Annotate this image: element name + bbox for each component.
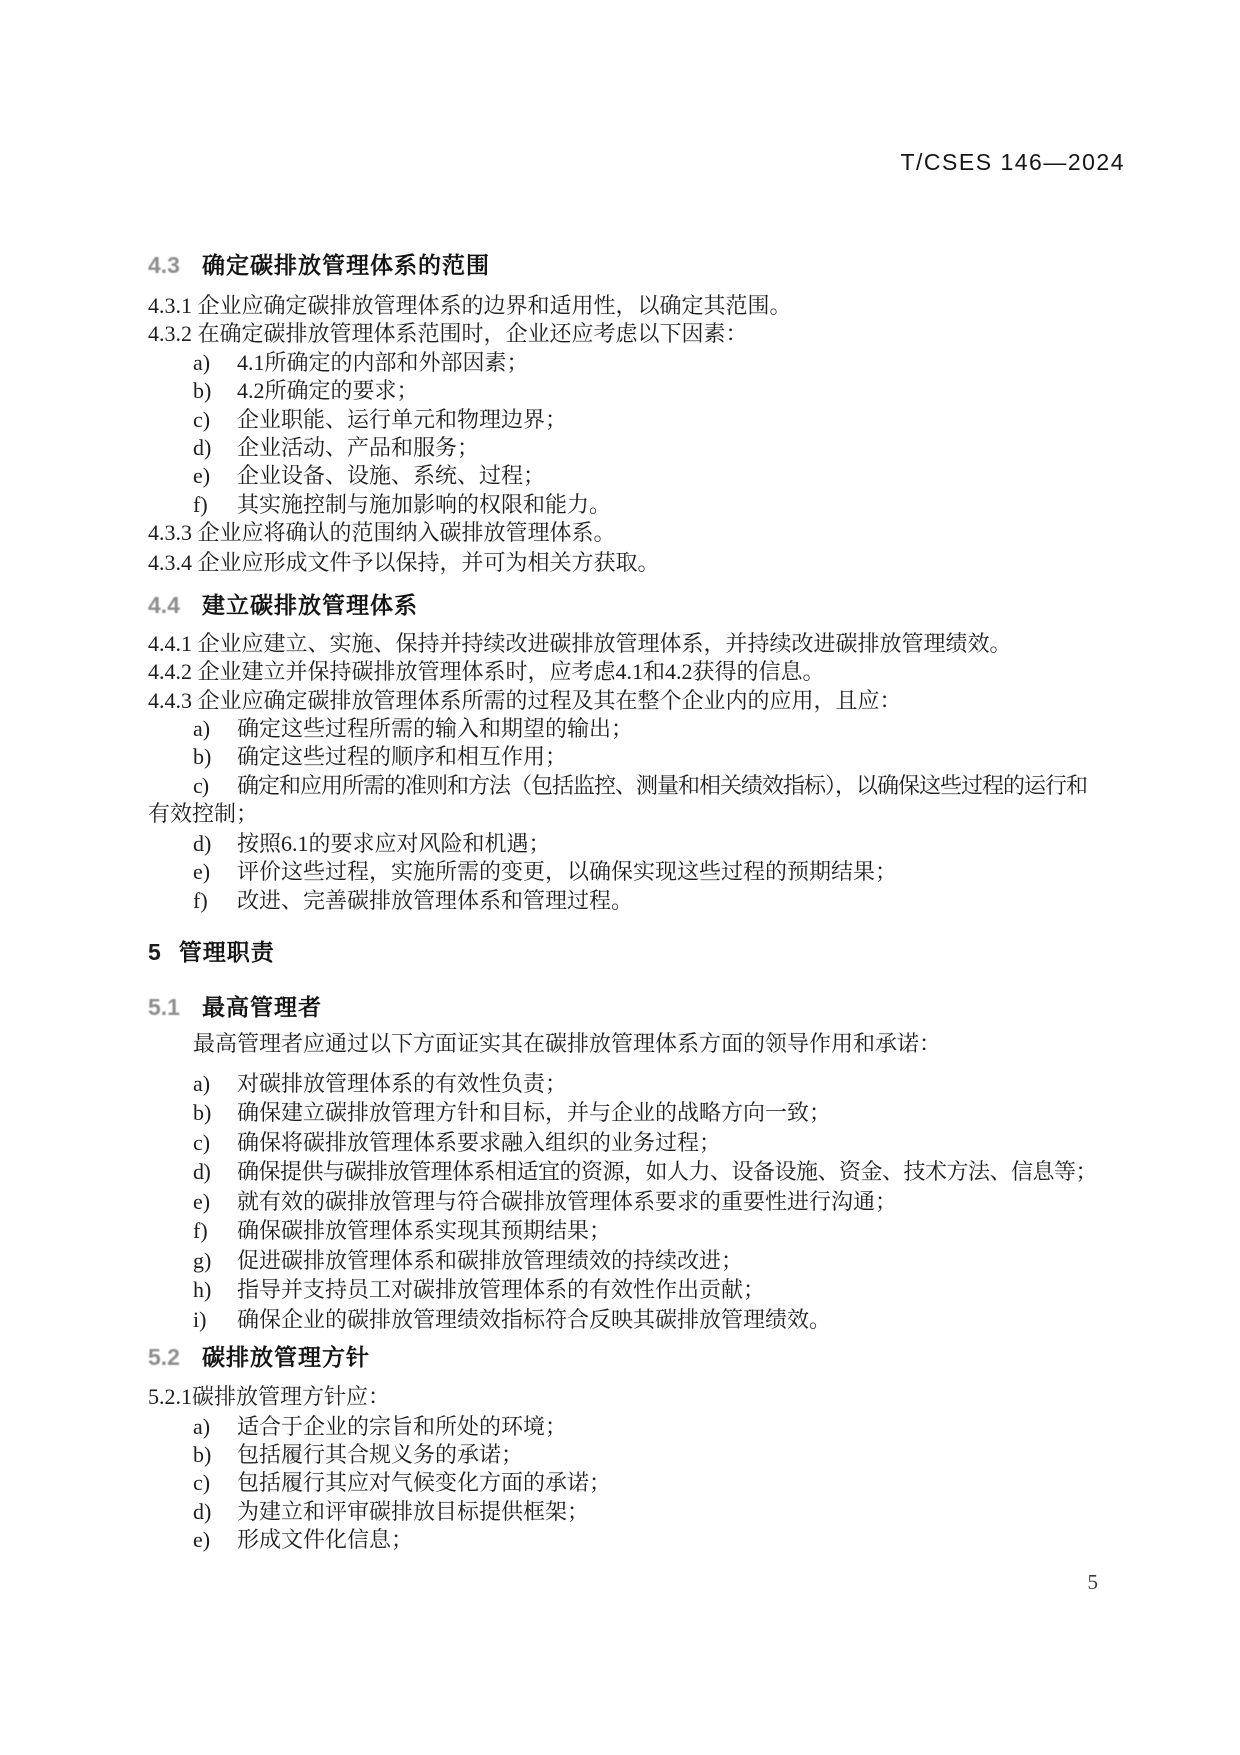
list-item: f)确保碳排放管理体系实现其预期结果； xyxy=(193,1217,611,1245)
list-item-text: 按照6.1的要求应对风险和机遇； xyxy=(237,831,551,856)
list-item: c)企业职能、运行单元和物理边界； xyxy=(193,406,567,434)
list-item: a)4.1所确定的内部和外部因素； xyxy=(193,349,529,377)
list-item-text: 企业活动、产品和服务； xyxy=(237,435,479,460)
list-item-label: c) xyxy=(193,1469,237,1497)
list-item: e)评价这些过程，实施所需的变更，以确保实现这些过程的预期结果； xyxy=(193,858,897,886)
section-heading-4-4: 4.4建立碳排放管理体系 xyxy=(148,590,418,620)
list-item: a)适合于企业的宗旨和所处的环境； xyxy=(193,1413,567,1441)
list-item-label: f) xyxy=(193,887,237,915)
list-item-text: 促进碳排放管理体系和碳排放管理绩效的持续改进； xyxy=(237,1248,743,1273)
list-item-text: 评价这些过程，实施所需的变更，以确保实现这些过程的预期结果； xyxy=(237,859,897,884)
list-item: c)确定和应用所需的准则和方法（包括监控、测量和相关绩效指标），以确保这些过程的… xyxy=(193,772,1087,800)
list-item-label: d) xyxy=(193,1158,237,1186)
list-item: e)企业设备、设施、系统、过程； xyxy=(193,462,545,490)
list-item-text: 4.1所确定的内部和外部因素； xyxy=(237,350,529,375)
list-item-label: c) xyxy=(193,1129,237,1157)
paragraph-4-3-1: 4.3.1 企业应确定碳排放管理体系的边界和适用性，以确定其范围。 xyxy=(148,292,792,320)
section-title-4-3: 确定碳排放管理体系的范围 xyxy=(202,252,490,278)
section-heading-5-1: 5.1最高管理者 xyxy=(148,992,322,1022)
list-item-label: e) xyxy=(193,1188,237,1216)
list-item-label: d) xyxy=(193,830,237,858)
section-title-5-2: 碳排放管理方针 xyxy=(202,1344,370,1370)
list-item-text: 确保提供与碳排放管理体系相适宜的资源，如人力、设备设施、资金、技术方法、信息等； xyxy=(237,1159,1097,1184)
list-item-label: f) xyxy=(193,1217,237,1245)
list-item-label: h) xyxy=(193,1276,237,1304)
list-item-text: 对碳排放管理体系的有效性负责； xyxy=(237,1071,567,1096)
list-item: d)确保提供与碳排放管理体系相适宜的资源，如人力、设备设施、资金、技术方法、信息… xyxy=(193,1158,1097,1186)
list-item: i)确保企业的碳排放管理绩效指标符合反映其碳排放管理绩效。 xyxy=(193,1306,831,1334)
list-item-text: 确定这些过程所需的输入和期望的输出； xyxy=(237,716,633,741)
paragraph-4-3-4: 4.3.4 企业应形成文件予以保持，并可为相关方获取。 xyxy=(148,549,660,577)
list-item-label: e) xyxy=(193,1526,237,1554)
list-item-label: a) xyxy=(193,349,237,377)
list-item-text: 指导并支持员工对碳排放管理体系的有效性作出贡献； xyxy=(237,1277,765,1302)
list-item-label: c) xyxy=(193,406,237,434)
list-item: g)促进碳排放管理体系和碳排放管理绩效的持续改进； xyxy=(193,1247,743,1275)
list-item-label: c) xyxy=(193,772,237,800)
list-item: d)为建立和评审碳排放目标提供框架； xyxy=(193,1498,589,1526)
list-item-text: 企业设备、设施、系统、过程； xyxy=(237,463,545,488)
list-item-text: 适合于企业的宗旨和所处的环境； xyxy=(237,1414,567,1439)
list-item-label: b) xyxy=(193,377,237,405)
paragraph-5-2-1: 5.2.1碳排放管理方针应： xyxy=(148,1383,390,1411)
list-item-text: 4.2所确定的要求； xyxy=(237,378,419,403)
list-item-label: d) xyxy=(193,434,237,462)
list-item-label: a) xyxy=(193,1070,237,1098)
list-item: h)指导并支持员工对碳排放管理体系的有效性作出贡献； xyxy=(193,1276,765,1304)
clause-heading-5: 5管理职责 xyxy=(148,937,275,967)
list-item-text: 就有效的碳排放管理与符合碳排放管理体系要求的重要性进行沟通； xyxy=(237,1189,897,1214)
list-item-text: 确保碳排放管理体系实现其预期结果； xyxy=(237,1218,611,1243)
page-number: 5 xyxy=(1088,1570,1099,1595)
clause-title-5: 管理职责 xyxy=(179,939,275,965)
list-item: f)改进、完善碳排放管理体系和管理过程。 xyxy=(193,887,633,915)
list-item-label: d) xyxy=(193,1498,237,1526)
section-heading-4-3: 4.3确定碳排放管理体系的范围 xyxy=(148,250,490,280)
list-item: b)确保建立碳排放管理方针和目标，并与企业的战略方向一致； xyxy=(193,1099,831,1127)
list-item-label: b) xyxy=(193,743,237,771)
section-heading-5-2: 5.2碳排放管理方针 xyxy=(148,1342,370,1372)
section-number-4-3: 4.3 xyxy=(148,250,180,280)
list-item-label: g) xyxy=(193,1247,237,1275)
list-item: b)包括履行其合规义务的承诺； xyxy=(193,1441,523,1469)
list-item: a)确定这些过程所需的输入和期望的输出； xyxy=(193,715,633,743)
paragraph-4-3-3: 4.3.3 企业应将确认的范围纳入碳排放管理体系。 xyxy=(148,519,616,547)
section-number-4-4: 4.4 xyxy=(148,590,180,620)
list-item: b)确定这些过程的顺序和相互作用； xyxy=(193,743,567,771)
list-item-text: 为建立和评审碳排放目标提供框架； xyxy=(237,1499,589,1524)
list-item: f)其实施控制与施加影响的权限和能力。 xyxy=(193,491,611,519)
paragraph-5-1-intro: 最高管理者应通过以下方面证实其在碳排放管理体系方面的领导作用和承诺： xyxy=(193,1030,941,1058)
list-item: b)4.2所确定的要求； xyxy=(193,377,419,405)
list-item-text: 改进、完善碳排放管理体系和管理过程。 xyxy=(237,888,633,913)
list-item-label: a) xyxy=(193,1413,237,1441)
list-item: d)按照6.1的要求应对风险和机遇； xyxy=(193,830,551,858)
list-item-text: 包括履行其应对气候变化方面的承诺； xyxy=(237,1470,611,1495)
section-number-5-1: 5.1 xyxy=(148,992,180,1022)
clause-number-5: 5 xyxy=(148,937,161,967)
list-item-label: a) xyxy=(193,715,237,743)
list-item: c)确保将碳排放管理体系要求融入组织的业务过程； xyxy=(193,1129,721,1157)
paragraph-4-4-2: 4.4.2 企业建立并保持碳排放管理体系时，应考虑4.1和4.2获得的信息。 xyxy=(148,658,825,686)
list-item-text: 确定这些过程的顺序和相互作用； xyxy=(237,744,567,769)
list-item-text: 确保将碳排放管理体系要求融入组织的业务过程； xyxy=(237,1130,721,1155)
list-item-label: i) xyxy=(193,1306,237,1334)
list-item: e)形成文件化信息； xyxy=(193,1526,413,1554)
section-title-5-1: 最高管理者 xyxy=(202,994,322,1020)
list-item-label: f) xyxy=(193,491,237,519)
doc-code-header: T/CSES 146—2024 xyxy=(900,149,1125,176)
list-item: c)包括履行其应对气候变化方面的承诺； xyxy=(193,1469,611,1497)
list-item: e)就有效的碳排放管理与符合碳排放管理体系要求的重要性进行沟通； xyxy=(193,1188,897,1216)
list-item-label: b) xyxy=(193,1099,237,1127)
list-item-label: e) xyxy=(193,858,237,886)
list-item-text: 确定和应用所需的准则和方法（包括监控、测量和相关绩效指标），以确保这些过程的运行… xyxy=(237,773,1087,798)
list-item-text: 确保建立碳排放管理方针和目标，并与企业的战略方向一致； xyxy=(237,1100,831,1125)
section-number-5-2: 5.2 xyxy=(148,1342,180,1372)
list-item-label: b) xyxy=(193,1441,237,1469)
paragraph-4-4-1: 4.4.1 企业应建立、实施、保持并持续改进碳排放管理体系，并持续改进碳排放管理… xyxy=(148,630,1012,658)
paragraph-4-3-2: 4.3.2 在确定碳排放管理体系范围时，企业还应考虑以下因素： xyxy=(148,320,748,348)
list-item-continuation: 有效控制； xyxy=(148,800,258,828)
list-item-text: 其实施控制与施加影响的权限和能力。 xyxy=(237,492,611,517)
paragraph-4-4-3: 4.4.3 企业应确定碳排放管理体系所需的过程及其在整个企业内的应用，且应： xyxy=(148,687,902,715)
list-item-text: 包括履行其合规义务的承诺； xyxy=(237,1442,523,1467)
section-title-4-4: 建立碳排放管理体系 xyxy=(202,592,418,618)
document-page: T/CSES 146—2024 4.3确定碳排放管理体系的范围 4.3.1 企业… xyxy=(0,0,1240,1755)
list-item-text: 形成文件化信息； xyxy=(237,1527,413,1552)
list-item-text: 企业职能、运行单元和物理边界； xyxy=(237,407,567,432)
list-item-label: e) xyxy=(193,462,237,490)
list-item-text: 确保企业的碳排放管理绩效指标符合反映其碳排放管理绩效。 xyxy=(237,1307,831,1332)
list-item: d)企业活动、产品和服务； xyxy=(193,434,479,462)
list-item: a)对碳排放管理体系的有效性负责； xyxy=(193,1070,567,1098)
